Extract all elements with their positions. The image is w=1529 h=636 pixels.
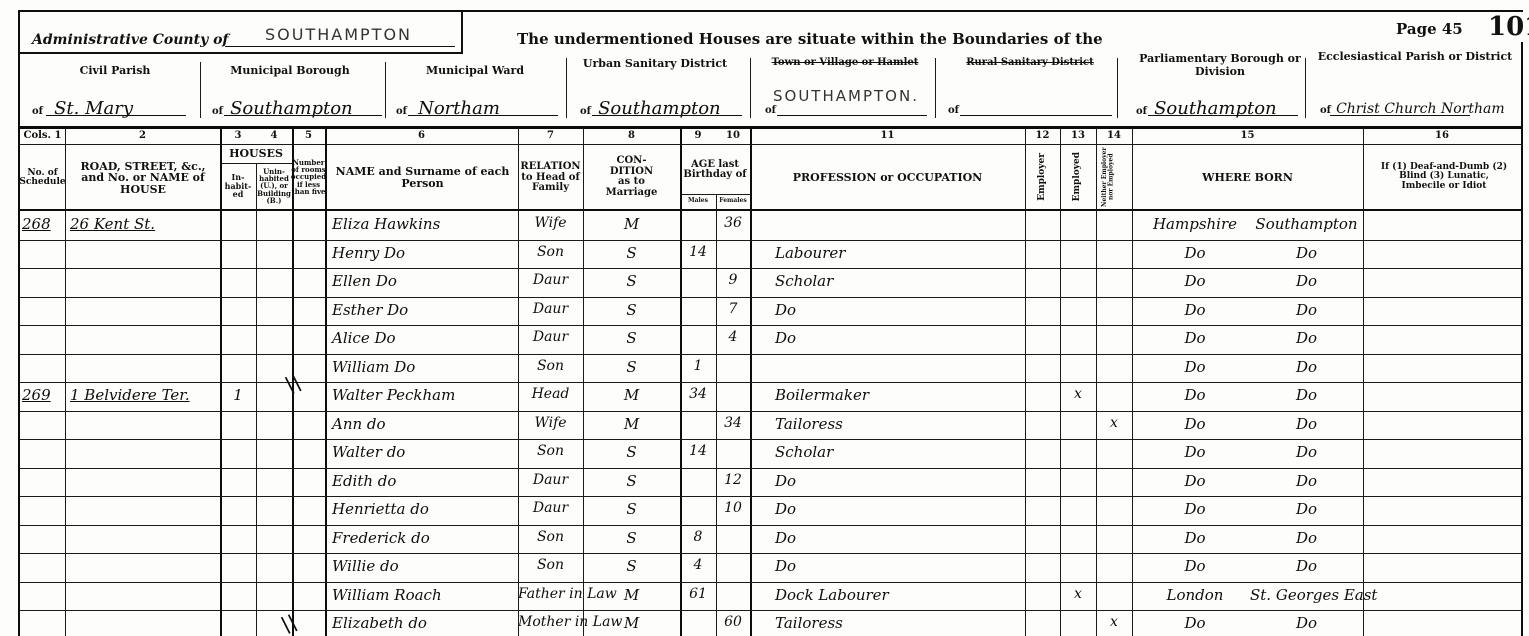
address bbox=[70, 415, 218, 440]
district-label-municipal-borough: Municipal Borough bbox=[205, 64, 375, 77]
female-age: 34 bbox=[716, 415, 750, 440]
male-age: 34 bbox=[680, 386, 716, 411]
schedule-number bbox=[22, 557, 65, 582]
occupation: Do bbox=[775, 472, 1020, 497]
inhabited-count bbox=[220, 329, 256, 354]
female-age bbox=[716, 386, 750, 411]
col-num-11: 11 bbox=[750, 129, 1025, 144]
schedule-number bbox=[22, 586, 65, 611]
header-condition: CON-DITION as to Marriage bbox=[583, 146, 680, 208]
header-employed: Employed bbox=[1060, 146, 1096, 208]
neither-mark bbox=[1096, 272, 1132, 297]
address bbox=[70, 329, 218, 354]
header-name: NAME and Surname of each Person bbox=[335, 148, 510, 208]
address bbox=[70, 614, 218, 636]
person-name: Ann do bbox=[332, 415, 517, 440]
row-rule bbox=[20, 468, 1521, 469]
marital-condition: S bbox=[583, 244, 680, 269]
born-place: Do bbox=[1250, 614, 1363, 636]
district-divider bbox=[566, 58, 567, 118]
schedule-number bbox=[22, 472, 65, 497]
marital-condition: S bbox=[583, 472, 680, 497]
born-county: Do bbox=[1140, 500, 1250, 525]
address bbox=[70, 472, 218, 497]
folio-stamp: 101 bbox=[1488, 12, 1529, 42]
county-value: SOUTHAMPTON bbox=[265, 25, 412, 44]
col-num-14: 14 bbox=[1096, 129, 1132, 144]
female-age bbox=[716, 358, 750, 383]
employed-mark bbox=[1060, 557, 1096, 582]
male-age bbox=[680, 500, 716, 525]
relation: Head bbox=[518, 386, 583, 411]
relation: Son bbox=[518, 529, 583, 554]
neither-mark bbox=[1096, 386, 1132, 411]
male-age bbox=[680, 272, 716, 297]
address: 26 Kent St. bbox=[70, 215, 218, 240]
relation: Daur bbox=[518, 329, 583, 354]
employed-mark bbox=[1060, 244, 1096, 269]
district-field-parliamentary: of Southampton bbox=[1136, 98, 1301, 119]
born-county: Do bbox=[1140, 272, 1250, 297]
female-age: 10 bbox=[716, 500, 750, 525]
born-place: Do bbox=[1250, 358, 1363, 383]
employed-mark bbox=[1060, 415, 1096, 440]
address bbox=[70, 529, 218, 554]
header-occupation: PROFESSION or OCCUPATION bbox=[750, 148, 1025, 208]
employer-mark bbox=[1025, 443, 1060, 468]
address bbox=[70, 557, 218, 582]
relation: Son bbox=[518, 244, 583, 269]
district-field-town-village: SOUTHAMPTON. of bbox=[765, 86, 930, 105]
marital-condition: M bbox=[583, 614, 680, 636]
relation: Daur bbox=[518, 472, 583, 497]
occupation bbox=[775, 215, 1020, 240]
header-employer: Employer bbox=[1025, 146, 1060, 208]
inhabited-count bbox=[220, 472, 256, 497]
address: 1 Belvidere Ter. bbox=[70, 386, 218, 411]
occupation: Do bbox=[775, 529, 1020, 554]
marital-condition: S bbox=[583, 358, 680, 383]
inhabited-count bbox=[220, 215, 256, 240]
occupation: Scholar bbox=[775, 443, 1020, 468]
employed-mark bbox=[1060, 215, 1096, 240]
born-county: Do bbox=[1140, 529, 1250, 554]
male-age bbox=[680, 329, 716, 354]
inhabited-count bbox=[220, 500, 256, 525]
born-place: Do bbox=[1250, 557, 1363, 582]
header-relation: RELATION to Head of Family bbox=[518, 148, 583, 208]
header-bottom-rule bbox=[18, 209, 1523, 211]
born-place: Do bbox=[1250, 301, 1363, 326]
header-males: Males bbox=[680, 195, 716, 208]
header-infirmity: If (1) Deaf-and-Dumb (2) Blind (3) Lunat… bbox=[1370, 146, 1518, 208]
occupation: Dock Labourer bbox=[775, 586, 1020, 611]
employed-mark bbox=[1060, 329, 1096, 354]
person-name: Esther Do bbox=[332, 301, 517, 326]
employed-mark bbox=[1060, 472, 1096, 497]
employer-mark bbox=[1025, 415, 1060, 440]
schedule-number bbox=[22, 500, 65, 525]
town-village-value: SOUTHAMPTON. bbox=[773, 87, 919, 105]
male-age bbox=[680, 614, 716, 636]
district-divider bbox=[935, 58, 936, 118]
employer-mark bbox=[1025, 244, 1060, 269]
inhabited-count bbox=[220, 557, 256, 582]
address bbox=[70, 272, 218, 297]
intro-text: The undermentioned Houses are situate wi… bbox=[517, 30, 1103, 48]
neither-mark: x bbox=[1096, 614, 1132, 636]
relation: Son bbox=[518, 358, 583, 383]
neither-mark bbox=[1096, 215, 1132, 240]
inhabited-count bbox=[220, 301, 256, 326]
employer-mark bbox=[1025, 614, 1060, 636]
district-label-parliamentary: Parliamentary Borough or Division bbox=[1125, 52, 1315, 78]
employer-mark bbox=[1025, 215, 1060, 240]
marital-condition: S bbox=[583, 272, 680, 297]
address bbox=[70, 358, 218, 383]
marital-condition: M bbox=[583, 415, 680, 440]
schedule-number bbox=[22, 244, 65, 269]
female-age: 4 bbox=[716, 329, 750, 354]
header-females: Females bbox=[716, 195, 750, 208]
born-county: Do bbox=[1140, 329, 1250, 354]
occupation: Labourer bbox=[775, 244, 1020, 269]
female-age bbox=[716, 529, 750, 554]
employer-mark bbox=[1025, 301, 1060, 326]
marital-condition: M bbox=[583, 586, 680, 611]
female-age: 7 bbox=[716, 301, 750, 326]
schedule-number bbox=[22, 272, 65, 297]
col-num-13: 13 bbox=[1060, 129, 1096, 144]
header-uninhabited: Unin-habited (U.), or Building (B.) bbox=[256, 164, 292, 208]
person-name: Walter Peckham bbox=[332, 386, 517, 411]
occupation bbox=[775, 358, 1020, 383]
employer-mark bbox=[1025, 358, 1060, 383]
neither-mark bbox=[1096, 301, 1132, 326]
inhabited-count bbox=[220, 614, 256, 636]
district-label-rural-sanitary: Rural Sanitary District bbox=[940, 57, 1120, 68]
employed-mark bbox=[1060, 500, 1096, 525]
female-age: 36 bbox=[716, 215, 750, 240]
marital-condition: M bbox=[583, 386, 680, 411]
male-age bbox=[680, 215, 716, 240]
female-age bbox=[716, 557, 750, 582]
occupation: Scholar bbox=[775, 272, 1020, 297]
schedule-number bbox=[22, 529, 65, 554]
born-place: Do bbox=[1250, 472, 1363, 497]
inhabited-count bbox=[220, 358, 256, 383]
person-name: Walter do bbox=[332, 443, 517, 468]
header-road-street: ROAD, STREET, &c., and No. or NAME of HO… bbox=[68, 148, 218, 208]
neither-mark bbox=[1096, 443, 1132, 468]
born-place: Southampton bbox=[1250, 215, 1363, 240]
employed-mark bbox=[1060, 529, 1096, 554]
marital-condition: S bbox=[583, 443, 680, 468]
neither-mark bbox=[1096, 557, 1132, 582]
marital-condition: S bbox=[583, 529, 680, 554]
address bbox=[70, 443, 218, 468]
employed-mark bbox=[1060, 301, 1096, 326]
male-age: 14 bbox=[680, 443, 716, 468]
col-num-3: 3 bbox=[220, 129, 256, 144]
district-divider bbox=[385, 62, 386, 118]
schedule-number: 268 bbox=[22, 215, 65, 240]
person-name: Eliza Hawkins bbox=[332, 215, 517, 240]
occupation: Do bbox=[775, 329, 1020, 354]
born-county: Do bbox=[1140, 358, 1250, 383]
female-age bbox=[716, 244, 750, 269]
occupation: Boilermaker bbox=[775, 386, 1020, 411]
born-place: Do bbox=[1250, 386, 1363, 411]
right-border bbox=[1521, 10, 1523, 636]
district-divider bbox=[1305, 58, 1306, 118]
schedule-number bbox=[22, 443, 65, 468]
relation: Father in Law bbox=[518, 586, 583, 611]
person-name: Alice Do bbox=[332, 329, 517, 354]
col-num-10: 10 bbox=[716, 129, 750, 144]
relation: Daur bbox=[518, 500, 583, 525]
employer-mark bbox=[1025, 272, 1060, 297]
person-name: Edith do bbox=[332, 472, 517, 497]
schedule-number bbox=[22, 301, 65, 326]
rooms-count bbox=[292, 272, 325, 297]
born-county: Do bbox=[1140, 244, 1250, 269]
neither-mark bbox=[1096, 529, 1132, 554]
header-age: AGE last Birthday of bbox=[680, 146, 750, 194]
col-num-16: 16 bbox=[1363, 129, 1521, 144]
schedule-number bbox=[22, 358, 65, 383]
born-county: Do bbox=[1140, 443, 1250, 468]
col-num-9: 9 bbox=[680, 129, 716, 144]
col-num-12: 12 bbox=[1025, 129, 1060, 144]
female-age bbox=[716, 586, 750, 611]
born-place: St. Georges East bbox=[1250, 586, 1363, 611]
district-field-municipal-ward: of Northam bbox=[396, 98, 556, 119]
relation: Daur bbox=[518, 301, 583, 326]
occupation: Tailoress bbox=[775, 415, 1020, 440]
marital-condition: S bbox=[583, 500, 680, 525]
born-county: Hampshire bbox=[1140, 215, 1250, 240]
born-place: Do bbox=[1250, 529, 1363, 554]
person-name: Willie do bbox=[332, 557, 517, 582]
rooms-count bbox=[292, 415, 325, 440]
rooms-count bbox=[292, 529, 325, 554]
inhabited-count bbox=[220, 529, 256, 554]
relation: Son bbox=[518, 557, 583, 582]
col-num-2: 2 bbox=[65, 129, 220, 144]
neither-mark bbox=[1096, 358, 1132, 383]
inhabited-count bbox=[220, 415, 256, 440]
district-label-civil-parish: Civil Parish bbox=[30, 64, 200, 77]
neither-mark: x bbox=[1096, 415, 1132, 440]
district-label-municipal-ward: Municipal Ward bbox=[390, 64, 560, 77]
header-where-born: WHERE BORN bbox=[1132, 148, 1363, 208]
born-county: Do bbox=[1140, 386, 1250, 411]
schedule-number bbox=[22, 329, 65, 354]
district-label-town-village: Town or Village or Hamlet bbox=[755, 57, 935, 68]
col-num-6: 6 bbox=[325, 129, 518, 144]
marital-condition: S bbox=[583, 301, 680, 326]
person-name: Henrietta do bbox=[332, 500, 517, 525]
born-county: London bbox=[1140, 586, 1250, 611]
born-place: Do bbox=[1250, 329, 1363, 354]
neither-mark bbox=[1096, 586, 1132, 611]
employed-mark: x bbox=[1060, 386, 1096, 411]
schedule-number: 269 bbox=[22, 386, 65, 411]
rooms-count bbox=[292, 586, 325, 611]
address bbox=[70, 500, 218, 525]
relation: Wife bbox=[518, 215, 583, 240]
col-num-1: Cols. 1 bbox=[20, 129, 65, 144]
relation: Son bbox=[518, 443, 583, 468]
relation: Mother in Law bbox=[518, 614, 583, 636]
born-place: Do bbox=[1250, 272, 1363, 297]
col-num-8: 8 bbox=[583, 129, 680, 144]
page-number: Page 45 bbox=[1396, 20, 1463, 38]
district-divider bbox=[1117, 58, 1118, 118]
inhabited-count bbox=[220, 272, 256, 297]
employed-mark bbox=[1060, 443, 1096, 468]
col-num-5: 5 bbox=[292, 129, 325, 144]
header-no-of-schedule: No. of Schedule bbox=[20, 148, 65, 208]
row-rule bbox=[20, 240, 1521, 241]
marital-condition: M bbox=[583, 215, 680, 240]
header-houses: HOUSES bbox=[220, 145, 292, 163]
row-rule bbox=[20, 411, 1521, 412]
row-rule bbox=[20, 525, 1521, 526]
born-place: Do bbox=[1250, 443, 1363, 468]
district-field-municipal-borough: of Southampton bbox=[212, 98, 382, 119]
person-name: Frederick do bbox=[332, 529, 517, 554]
district-field-ecclesiastical: of Christ Church Northam bbox=[1320, 98, 1520, 117]
county-label: Administrative County of bbox=[32, 32, 228, 48]
col-num-15: 15 bbox=[1132, 129, 1363, 144]
header-rooms: Number of rooms occupied if less than fi… bbox=[292, 146, 325, 208]
neither-mark bbox=[1096, 472, 1132, 497]
occupation: Do bbox=[775, 557, 1020, 582]
male-age bbox=[680, 415, 716, 440]
address bbox=[70, 586, 218, 611]
rooms-count bbox=[292, 244, 325, 269]
row-rule bbox=[20, 354, 1521, 355]
row-rule bbox=[20, 297, 1521, 298]
col-num-4: 4 bbox=[256, 129, 292, 144]
employer-mark bbox=[1025, 472, 1060, 497]
inhabited-count bbox=[220, 244, 256, 269]
inhabited-count bbox=[220, 586, 256, 611]
inhabited-count: 1 bbox=[220, 386, 256, 411]
employer-mark bbox=[1025, 586, 1060, 611]
male-age: 1 bbox=[680, 358, 716, 383]
rooms-count bbox=[292, 301, 325, 326]
district-field-rural-sanitary: of bbox=[948, 98, 1113, 117]
male-age: 14 bbox=[680, 244, 716, 269]
rooms-count bbox=[292, 472, 325, 497]
born-place: Do bbox=[1250, 244, 1363, 269]
born-county: Do bbox=[1140, 301, 1250, 326]
born-place: Do bbox=[1250, 415, 1363, 440]
male-age bbox=[680, 472, 716, 497]
employed-mark: x bbox=[1060, 586, 1096, 611]
left-border bbox=[18, 10, 20, 636]
male-age: 61 bbox=[680, 586, 716, 611]
rooms-count bbox=[292, 557, 325, 582]
district-label-urban-sanitary: Urban Sanitary District bbox=[560, 57, 750, 70]
county-underline bbox=[225, 46, 455, 47]
employed-mark bbox=[1060, 358, 1096, 383]
district-divider bbox=[200, 62, 201, 118]
address bbox=[70, 301, 218, 326]
born-county: Do bbox=[1140, 614, 1250, 636]
col-line bbox=[256, 163, 257, 636]
person-name: Elizabeth do bbox=[332, 614, 517, 636]
header-neither: Neither Employer nor Employed bbox=[1096, 146, 1132, 208]
male-age: 4 bbox=[680, 557, 716, 582]
female-age: 9 bbox=[716, 272, 750, 297]
relation: Daur bbox=[518, 272, 583, 297]
occupation: Do bbox=[775, 301, 1020, 326]
district-divider bbox=[750, 58, 751, 118]
schedule-number bbox=[22, 415, 65, 440]
marital-condition: S bbox=[583, 557, 680, 582]
district-field-urban-sanitary: of Southampton bbox=[580, 98, 745, 119]
occupation: Do bbox=[775, 500, 1020, 525]
marital-condition: S bbox=[583, 329, 680, 354]
female-age bbox=[716, 443, 750, 468]
rooms-count bbox=[292, 329, 325, 354]
male-age bbox=[680, 301, 716, 326]
neither-mark bbox=[1096, 500, 1132, 525]
male-age: 8 bbox=[680, 529, 716, 554]
employer-mark bbox=[1025, 386, 1060, 411]
col-num-7: 7 bbox=[518, 129, 583, 144]
inhabited-count bbox=[220, 443, 256, 468]
born-county: Do bbox=[1140, 415, 1250, 440]
neither-mark bbox=[1096, 244, 1132, 269]
female-age: 12 bbox=[716, 472, 750, 497]
employer-mark bbox=[1025, 557, 1060, 582]
district-label-ecclesiastical: Ecclesiastical Parish or District bbox=[1315, 50, 1515, 63]
occupation: Tailoress bbox=[775, 614, 1020, 636]
person-name: William Do bbox=[332, 358, 517, 383]
header-inhabited: In-habit-ed bbox=[220, 164, 256, 208]
born-place: Do bbox=[1250, 500, 1363, 525]
rooms-count bbox=[292, 215, 325, 240]
neither-mark bbox=[1096, 329, 1132, 354]
person-name: Ellen Do bbox=[332, 272, 517, 297]
rooms-count bbox=[292, 500, 325, 525]
person-name: Henry Do bbox=[332, 244, 517, 269]
employer-mark bbox=[1025, 500, 1060, 525]
address bbox=[70, 244, 218, 269]
employer-mark bbox=[1025, 329, 1060, 354]
rooms-count bbox=[292, 443, 325, 468]
person-name: William Roach bbox=[332, 586, 517, 611]
employed-mark bbox=[1060, 272, 1096, 297]
born-county: Do bbox=[1140, 557, 1250, 582]
schedule-number bbox=[22, 614, 65, 636]
female-age: 60 bbox=[716, 614, 750, 636]
row-rule bbox=[20, 582, 1521, 583]
born-county: Do bbox=[1140, 472, 1250, 497]
relation: Wife bbox=[518, 415, 583, 440]
district-field-civil-parish: of St. Mary bbox=[32, 98, 192, 119]
employer-mark bbox=[1025, 529, 1060, 554]
employed-mark bbox=[1060, 614, 1096, 636]
